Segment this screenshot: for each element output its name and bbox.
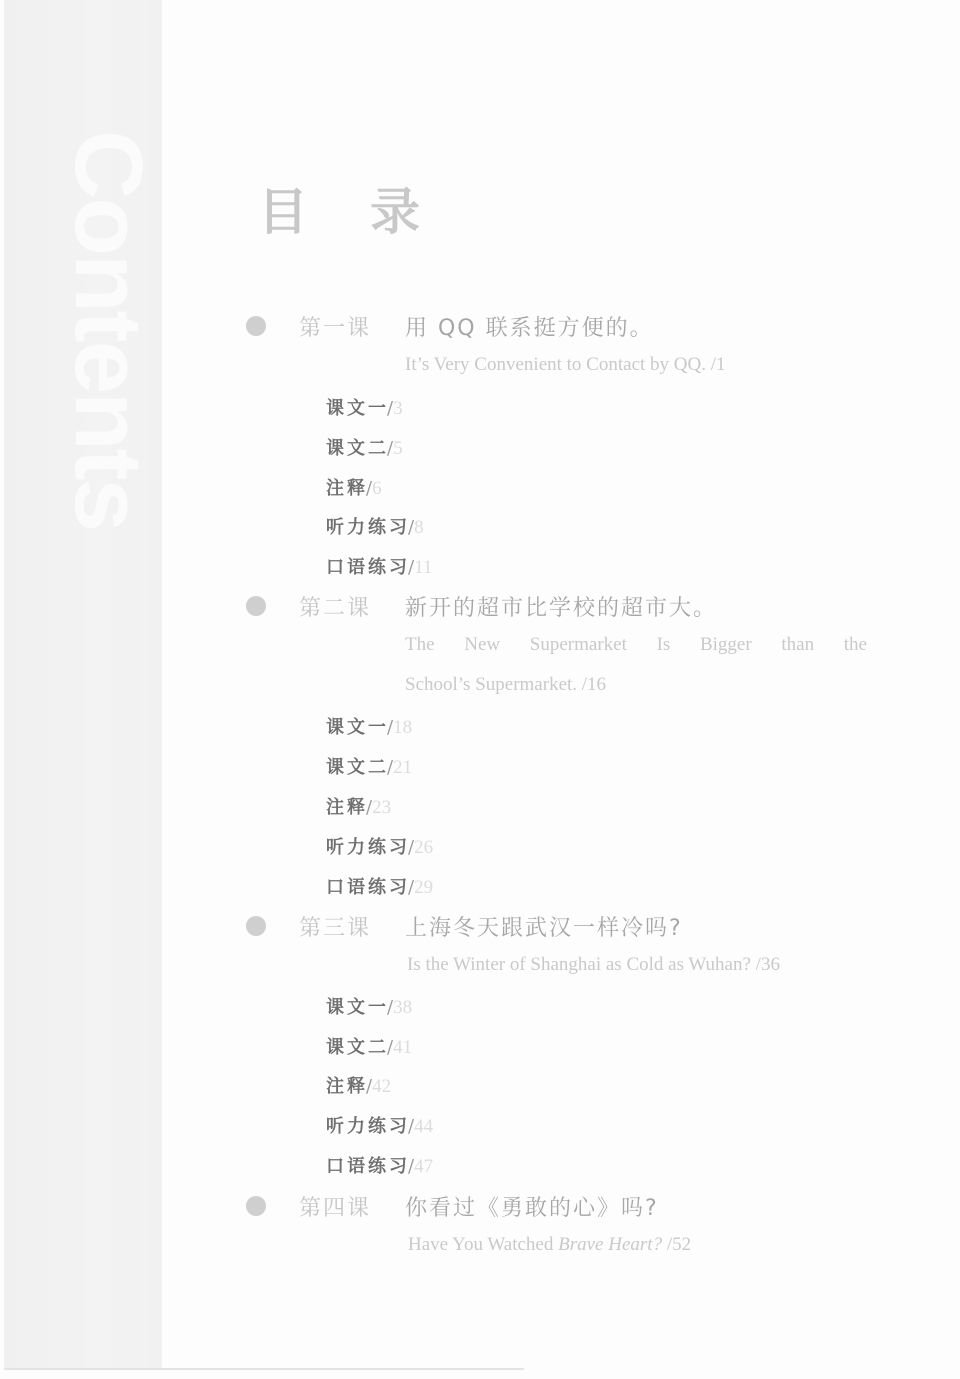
lesson-3-heading[interactable]: 第三课 上海冬天跟武汉一样冷吗? xyxy=(246,909,683,943)
toc-item[interactable]: 注释/6 xyxy=(326,474,382,500)
page-bottom-edge xyxy=(4,1368,524,1370)
english-title-italic: Brave Heart xyxy=(558,1234,652,1255)
english-title-line-1: The New Supermarket Is Bigger than the xyxy=(405,625,867,665)
lesson-number: 第四课 xyxy=(299,1191,405,1222)
lesson-page: /52 xyxy=(667,1234,691,1255)
sidebar-strip: Contents xyxy=(4,0,162,1368)
lesson-4-english[interactable]: Have You Watched Brave Heart? /52 xyxy=(408,1225,870,1265)
bullet-icon xyxy=(246,596,266,616)
toc-item[interactable]: 口语练习/47 xyxy=(326,1152,433,1178)
toc-item[interactable]: 口语练习/29 xyxy=(326,873,433,899)
section-page: 38 xyxy=(393,997,412,1018)
lesson-page: /16 xyxy=(582,674,606,695)
section-page: 47 xyxy=(414,1156,433,1177)
section-label: 课文二 xyxy=(326,757,389,778)
toc-item[interactable]: 课文二/41 xyxy=(326,1033,412,1059)
english-title-prefix: Have You Watched xyxy=(408,1234,558,1255)
section-page: 23 xyxy=(372,797,391,818)
toc-item[interactable]: 课文一/3 xyxy=(326,394,403,420)
toc-item[interactable]: 听力练习/26 xyxy=(326,833,433,859)
title-char-2: 录 xyxy=(370,172,420,244)
section-page: 8 xyxy=(414,517,424,538)
section-page: 26 xyxy=(414,837,433,858)
section-page: 44 xyxy=(414,1116,433,1137)
section-label: 课文一 xyxy=(326,398,389,419)
section-label: 注释 xyxy=(326,797,368,818)
toc-item[interactable]: 注释/42 xyxy=(326,1072,391,1098)
lesson-title: 用 QQ 联系挺方便的。 xyxy=(405,311,654,342)
section-label: 课文一 xyxy=(326,997,389,1018)
toc-item[interactable]: 注释/23 xyxy=(326,793,391,819)
section-label: 听力练习 xyxy=(326,837,410,858)
bullet-icon xyxy=(246,316,266,336)
section-label: 注释 xyxy=(326,1076,368,1097)
toc-item[interactable]: 课文一/18 xyxy=(326,713,412,739)
section-page: 18 xyxy=(393,717,412,738)
section-label: 课文二 xyxy=(326,1037,389,1058)
lesson-title: 你看过《勇敢的心》吗? xyxy=(405,1191,659,1222)
section-page: 29 xyxy=(414,877,433,898)
section-label: 听力练习 xyxy=(326,517,410,538)
page-title: 目录 xyxy=(258,172,420,244)
lesson-1-heading[interactable]: 第一课 用 QQ 联系挺方便的。 xyxy=(246,309,654,343)
section-page: 5 xyxy=(393,438,403,459)
bullet-icon xyxy=(246,916,266,936)
section-page: 21 xyxy=(393,757,412,778)
section-label: 听力练习 xyxy=(326,1116,410,1137)
lesson-number: 第一课 xyxy=(299,311,405,342)
lesson-page: /36 xyxy=(756,954,780,975)
lesson-page: /1 xyxy=(711,354,726,375)
english-title: It’s Very Convenient to Contact by QQ. xyxy=(405,354,706,375)
english-title-line-2: School’s Supermarket. xyxy=(405,674,577,695)
lesson-number: 第二课 xyxy=(299,591,405,622)
section-label: 课文一 xyxy=(326,717,389,738)
toc-item[interactable]: 听力练习/44 xyxy=(326,1112,433,1138)
section-label: 口语练习 xyxy=(326,557,410,578)
bullet-icon xyxy=(246,1196,266,1216)
lesson-2-heading[interactable]: 第二课 新开的超市比学校的超市大。 xyxy=(246,589,717,623)
lesson-1-english[interactable]: It’s Very Convenient to Contact by QQ. /… xyxy=(405,345,867,385)
title-char-1: 目 xyxy=(258,172,308,244)
lesson-title: 上海冬天跟武汉一样冷吗? xyxy=(405,911,683,942)
english-title: Is the Winter of Shanghai as Cold as Wuh… xyxy=(407,954,751,975)
toc-item[interactable]: 课文二/5 xyxy=(326,434,403,460)
toc-item[interactable]: 课文二/21 xyxy=(326,753,412,779)
contents-watermark: Contents xyxy=(60,130,156,530)
toc-item[interactable]: 口语练习/11 xyxy=(326,553,432,579)
english-title-suffix: ? xyxy=(653,1234,663,1255)
section-label: 口语练习 xyxy=(326,877,410,898)
section-page: 11 xyxy=(414,557,432,578)
toc-item[interactable]: 课文一/38 xyxy=(326,993,412,1019)
toc-item[interactable]: 听力练习/8 xyxy=(326,513,424,539)
section-page: 6 xyxy=(372,478,382,499)
section-label: 课文二 xyxy=(326,438,389,459)
lesson-title: 新开的超市比学校的超市大。 xyxy=(405,591,717,622)
lesson-4-heading[interactable]: 第四课 你看过《勇敢的心》吗? xyxy=(246,1189,659,1223)
lesson-number: 第三课 xyxy=(299,911,405,942)
section-page: 41 xyxy=(393,1037,412,1058)
section-page: 3 xyxy=(393,398,403,419)
lesson-3-english[interactable]: Is the Winter of Shanghai as Cold as Wuh… xyxy=(407,945,869,985)
lesson-2-english[interactable]: The New Supermarket Is Bigger than the S… xyxy=(405,625,867,705)
section-label: 口语练习 xyxy=(326,1156,410,1177)
section-page: 42 xyxy=(372,1076,391,1097)
section-label: 注释 xyxy=(326,478,368,499)
